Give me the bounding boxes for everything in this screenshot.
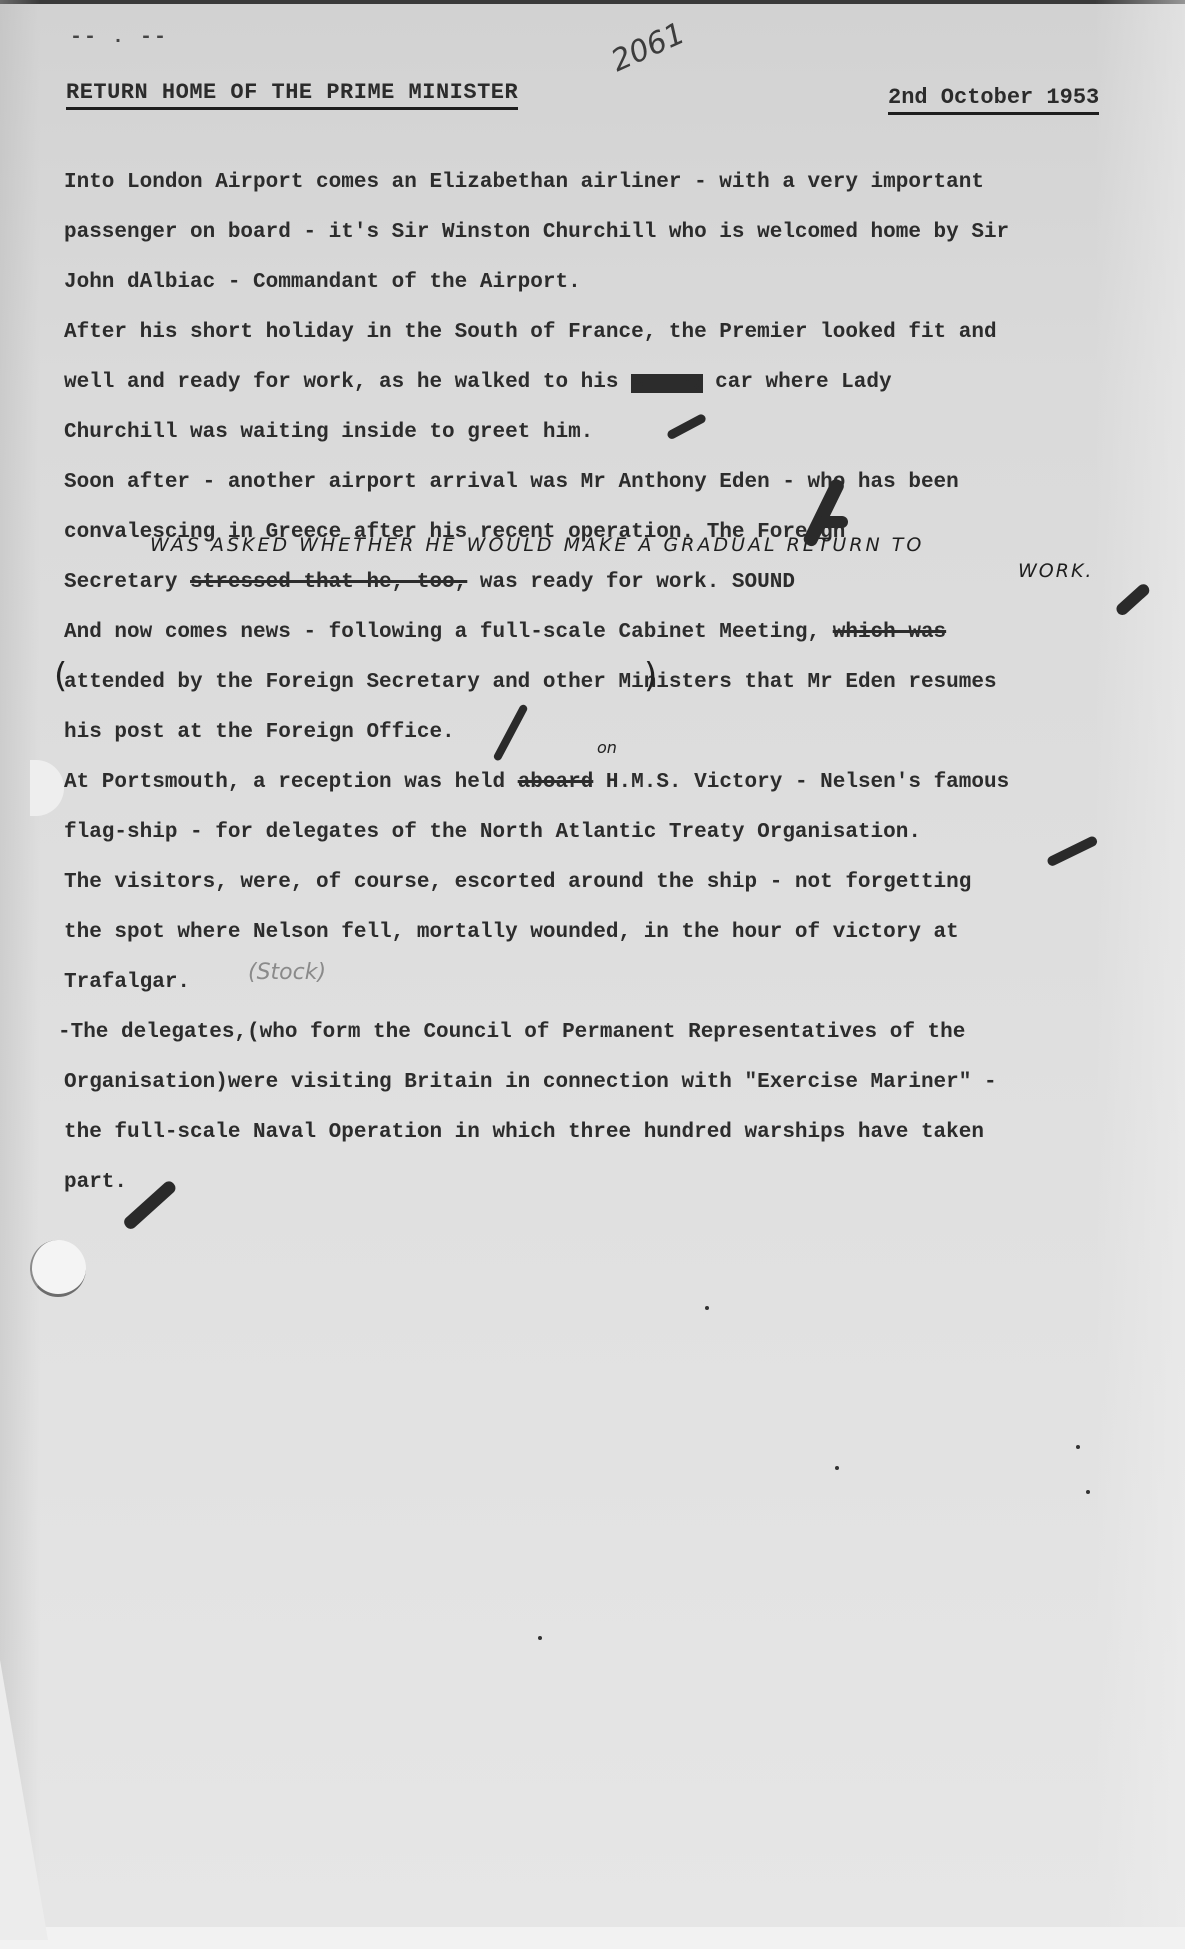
punch-hole (30, 760, 64, 816)
text-line: The visitors, were, of course, escorted … (64, 858, 1184, 908)
text-segment: At Portsmouth, a reception was held (64, 771, 505, 794)
text-line: passenger on board - it's Sir Winston Ch… (64, 208, 1184, 258)
handwritten-correction-on: on (597, 738, 617, 757)
text-segment: car where Lady (703, 371, 892, 394)
text-line: And now comes news - following a full-sc… (64, 608, 1184, 658)
text-line: Organisation)were visiting Britain in co… (64, 1058, 1184, 1108)
text-line: Soon after - another airport arrival was… (64, 458, 1184, 508)
text-line: the full-scale Naval Operation in which … (64, 1108, 1184, 1158)
text-segment: attended by the Foreign Secretary and ot… (64, 671, 732, 694)
text-line: -The delegates,(who form the Council of … (58, 1008, 1184, 1058)
document-body: Into London Airport comes an Elizabethan… (64, 158, 1184, 1208)
text-segment: that Mr Eden resumes (732, 671, 997, 694)
text-line: well and ready for work, as he walked to… (64, 358, 1184, 408)
folded-corner (0, 1660, 48, 1940)
handwritten-insertion-continued: WORK. (1018, 560, 1093, 582)
typed-over-word: waiting (631, 374, 702, 393)
text-line: the spot where Nelson fell, mortally wou… (64, 908, 1184, 958)
speck (835, 1466, 839, 1470)
text-line: Trafalgar. (64, 958, 1184, 1008)
close-bracket-mark: ) (644, 656, 657, 696)
struck-text: stressed that he, too, (190, 571, 467, 594)
faint-stamp: (Stock) (248, 960, 326, 985)
handwritten-reference-number: 2061 (606, 16, 690, 79)
document-page: -- . -- 2061 RETURN HOME OF THE PRIME MI… (0, 0, 1185, 1949)
speck (1086, 1490, 1090, 1494)
text-line: After his short holiday in the South of … (64, 308, 1184, 358)
speck (1076, 1445, 1080, 1449)
text-line: Into London Airport comes an Elizabethan… (64, 158, 1184, 208)
text-segment: was ready for work. SOUND (467, 571, 795, 594)
punch-hole (30, 1240, 86, 1297)
page-shadow-left (0, 0, 40, 1949)
document-title: RETURN HOME OF THE PRIME MINISTER (66, 80, 518, 110)
open-bracket-mark: ( (54, 656, 67, 696)
text-segment: well and ready for work, as he walked to… (64, 371, 619, 394)
document-date: 2nd October 1953 (888, 85, 1099, 115)
text-line: Secretary stressed that he, too, was rea… (64, 558, 1184, 608)
edit-blot-mark (818, 516, 848, 528)
text-line: Churchill was waiting inside to greet hi… (64, 408, 1184, 458)
text-line: part. (64, 1158, 1184, 1208)
struck-text: aboard (518, 771, 594, 794)
text-line: At Portsmouth, a reception was held aboa… (64, 758, 1184, 808)
speck (538, 1636, 542, 1640)
page-bottom-edge (0, 1927, 1185, 1949)
struck-text: which was (833, 621, 946, 644)
text-line: flag-ship - for delegates of the North A… (64, 808, 1184, 858)
corner-scribble: -- . -- (70, 26, 168, 49)
text-segment: And now comes news - following a full-sc… (64, 621, 820, 644)
text-segment: Secretary (64, 571, 177, 594)
text-segment: H.M.S. Victory - Nelsen's famous (593, 771, 1009, 794)
text-line: his post at the Foreign Office. (64, 708, 1184, 758)
speck (705, 1306, 709, 1310)
text-line: John dAlbiac - Commandant of the Airport… (64, 258, 1184, 308)
text-line: attended by the Foreign Secretary and ot… (64, 658, 1184, 708)
